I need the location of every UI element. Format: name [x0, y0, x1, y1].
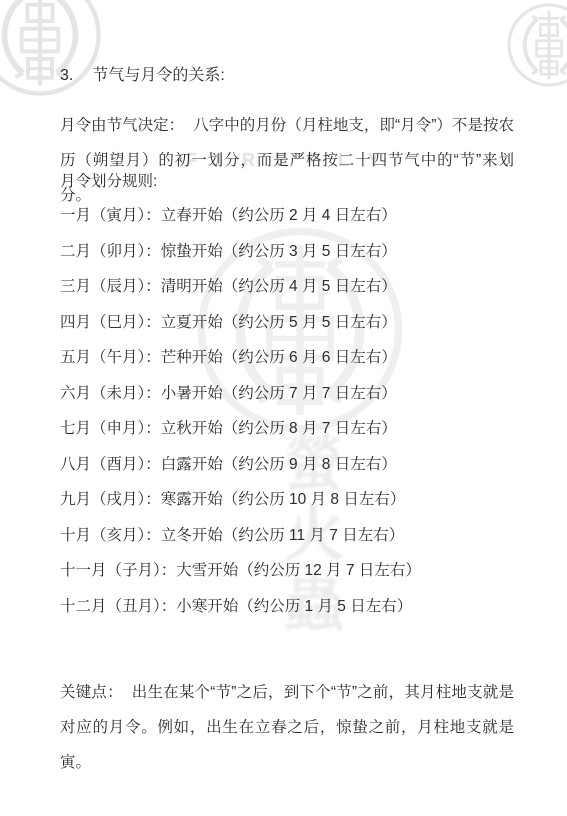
document-content: 3.节气与月令的关系: 月令由节气决定：八字中的月份（月柱地支，即“月令”）不是… [0, 0, 567, 816]
section-heading: 3.节气与月令的关系: [60, 62, 225, 85]
document-page: FIREFLY 螢火蟲 3.节气与月令的关系: 月令由节气决定：八字中的月份（月… [0, 0, 567, 816]
month-rule-item: 二月（卯月）：惊蛰开始（约公历 3 月 5 日左右） [60, 234, 421, 270]
month-rule-item: 九月（戌月）：寒露开始（约公历 10 月 8 日左右） [60, 482, 421, 518]
month-rule-item: 四月（巳月）：立夏开始（约公历 5 月 5 日左右） [60, 305, 421, 341]
keypoint-text: 出生在某个“节”之后，到下个“节”之前，其月柱地支就是对应的月令。例如，出生在立… [60, 684, 514, 771]
month-rule-item: 十二月（丑月）：小寒开始（约公历 1 月 5 日左右） [60, 589, 421, 625]
keypoint-label: 关键点： [60, 684, 123, 701]
rules-label: 月令划分规则: [60, 164, 514, 199]
month-rule-item: 三月（辰月）：清明开始（约公历 4 月 5 日左右） [60, 269, 421, 305]
month-rule-item: 一月（寅月）：立春开始（约公历 2 月 4 日左右） [60, 198, 421, 234]
month-rule-item: 七月（申月）：立秋开始（约公历 8 月 7 日左右） [60, 411, 421, 447]
section-number: 3. [60, 67, 73, 84]
section-title: 节气与月令的关系: [92, 67, 224, 84]
keypoint-paragraph: 关键点：出生在某个“节”之后，到下个“节”之前，其月柱地支就是对应的月令。例如，… [60, 675, 514, 780]
month-rule-item: 六月（未月）：小暑开始（约公历 7 月 7 日左右） [60, 376, 421, 412]
month-rule-item: 八月（酉月）：白露开始（约公历 9 月 8 日左右） [60, 447, 421, 483]
month-rule-list: 一月（寅月）：立春开始（约公历 2 月 4 日左右） 二月（卯月）：惊蛰开始（约… [60, 198, 421, 624]
intro-label: 月令由节气决定： [60, 117, 184, 134]
month-rule-item: 十一月（子月）：大雪开始（约公历 12 月 7 日左右） [60, 553, 421, 589]
month-rule-item: 十月（亥月）：立冬开始（约公历 11 月 7 日左右） [60, 518, 421, 554]
month-rule-item: 五月（午月）：芒种开始（约公历 6 月 6 日左右） [60, 340, 421, 376]
